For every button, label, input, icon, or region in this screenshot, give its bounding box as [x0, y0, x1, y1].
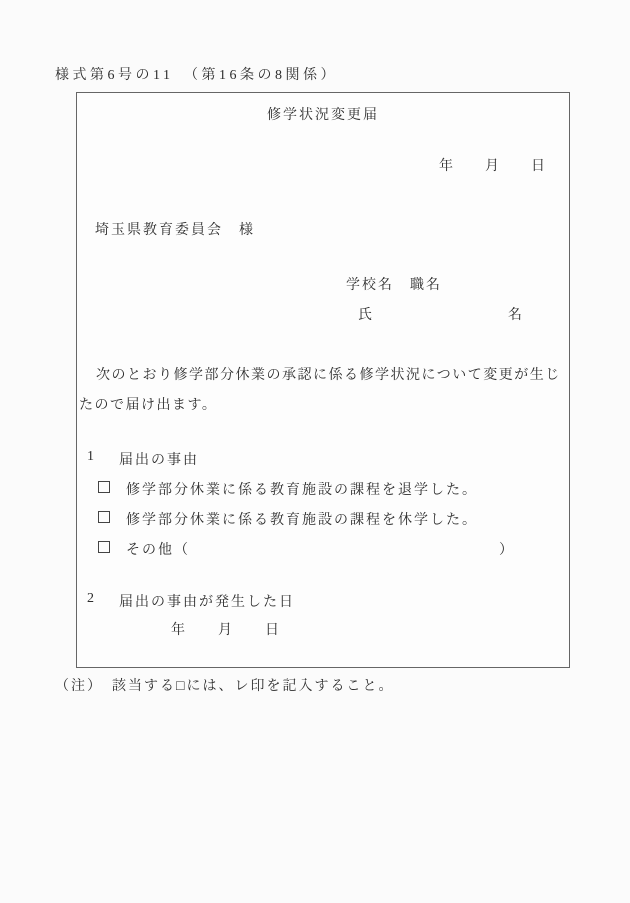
header-date-day-label: 日: [531, 155, 545, 175]
header-date-month-label: 月: [485, 155, 499, 175]
body-paragraph-line-1: 次のとおり修学部分休業の承認に係る修学状況について変更が生じ: [79, 364, 567, 384]
checkbox-option-other: その他（ ）: [77, 539, 569, 555]
section2-date-line: 年 月 日: [171, 619, 279, 639]
checkbox-icon: [98, 511, 110, 523]
header-date-line: 年 月 日: [439, 155, 545, 175]
document-page: { "page": { "form_number_label": "様式第6号の…: [0, 0, 630, 903]
other-close-paren: ）: [499, 539, 513, 559]
section2-title: 届出の事由が発生した日: [119, 591, 295, 611]
body-paragraph-line-2: たので届け出ます。: [79, 394, 217, 414]
name-label-mei: 名: [508, 304, 522, 324]
header-date-year-label: 年: [439, 155, 453, 175]
checkbox-option-leave: 修学部分休業に係る教育施設の課程を休学した。: [77, 509, 569, 525]
checkbox-option-withdrawal: 修学部分休業に係る教育施設の課程を退学した。: [77, 479, 569, 495]
checkbox-icon: [98, 541, 110, 553]
section2-date-month-label: 月: [218, 619, 232, 639]
option-label: その他（: [126, 539, 190, 559]
school-name-title-line: 学校名 職名: [346, 274, 442, 294]
section1-heading: 1 届出の事由: [77, 449, 569, 465]
name-label-shi: 氏: [358, 304, 372, 324]
section2-date-year-label: 年: [171, 619, 185, 639]
section2-number: 2: [87, 591, 94, 607]
section2-date-day-label: 日: [265, 619, 279, 639]
checkbox-icon: [98, 481, 110, 493]
form-title: 修学状況変更届: [77, 104, 569, 124]
note-line: （注） 該当する□には、レ印を記入すること。: [55, 675, 394, 695]
section2-heading: 2 届出の事由が発生した日: [77, 591, 569, 607]
section1-title: 届出の事由: [119, 449, 199, 469]
form-number-label: 様式第6号の11 （第16条の8関係）: [55, 64, 338, 84]
option-label: 修学部分休業に係る教育施設の課程を休学した。: [126, 509, 478, 529]
name-line: 氏 名: [358, 304, 522, 324]
form-box: 修学状況変更届 年 月 日 埼玉県教育委員会 様 学校名 職名 氏 名 次のとお…: [76, 92, 570, 668]
option-label: 修学部分休業に係る教育施設の課程を退学した。: [126, 479, 478, 499]
section1-number: 1: [87, 449, 94, 465]
recipient-line: 埼玉県教育委員会 様: [95, 219, 255, 239]
